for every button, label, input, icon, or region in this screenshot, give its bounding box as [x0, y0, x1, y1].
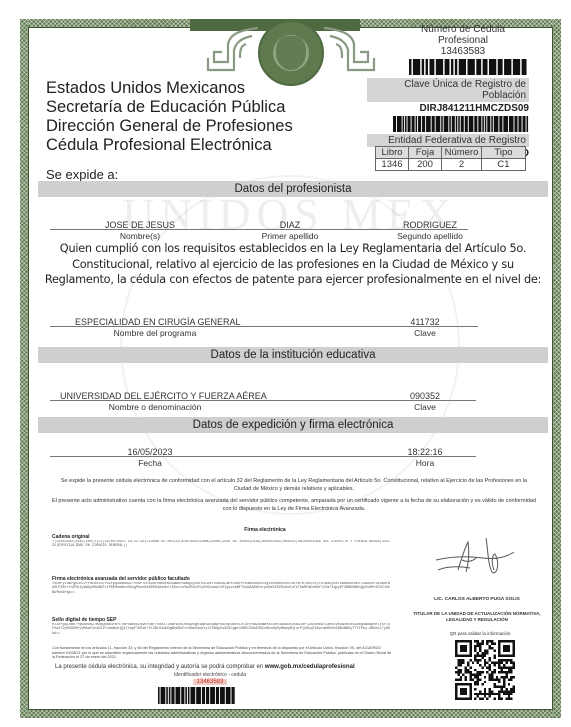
institution-line: Cédula Profesional Electrónica: [46, 136, 293, 155]
primer-apellido-label: Primer apellido: [230, 231, 350, 241]
signer-name: LIC. CARLOS ALBERTO PUGA SOLIS: [412, 597, 542, 602]
segundo-apellido-label: Segundo apellido: [370, 231, 490, 241]
institucion-field: UNIVERSIDAD DEL EJÉRCITO Y FUERZA AÉREA …: [60, 391, 250, 412]
segundo-apellido-value: RODRIGUEZ: [370, 220, 490, 230]
primer-apellido-field: DIAZ Primer apellido: [230, 220, 350, 241]
programa-clave-label: Clave: [395, 328, 455, 338]
section-profesionista: Datos del profesionista: [38, 181, 548, 197]
segundo-apellido-field: RODRIGUEZ Segundo apellido: [370, 220, 490, 241]
foja-value: 200: [409, 159, 442, 171]
numero-value: 2: [442, 159, 482, 171]
fundamento-text: Con fundamento en los artículos 11, frac…: [52, 646, 392, 660]
cedula-label: Número de Cédula Profesional: [367, 24, 529, 46]
fecha-field: 16/05/2023 Fecha: [110, 447, 190, 468]
hora-value: 18:22:16: [395, 447, 455, 457]
qr-label: QR para validar la información: [440, 631, 520, 636]
fecha-value: 16/05/2023: [110, 447, 190, 457]
registry-panel: Número de Cédula Profesional 13463583 Cl…: [367, 24, 529, 159]
identifier-barcode-icon: [158, 687, 235, 704]
libro-table: Libro Foja Número Tipo 1346 200 2 C1: [375, 146, 526, 171]
qr-code-icon[interactable]: [455, 640, 515, 700]
programa-clave-field: 411732 Clave: [395, 317, 455, 338]
tipo-value: C1: [482, 159, 526, 171]
programa-label: Nombre del programa: [75, 328, 235, 338]
curp-value: DIRJ841211HMCZDS09: [367, 103, 529, 114]
fecha-label: Fecha: [110, 458, 190, 468]
foja-header: Foja: [409, 147, 442, 159]
nombre-value: JOSE DE JESUS: [80, 220, 200, 230]
cedula-number: 13463583: [367, 46, 529, 57]
verify-sentence: La presente cédula electrónica, su integ…: [55, 664, 263, 670]
primer-apellido-value: DIAZ: [230, 220, 350, 230]
nombre-label: Nombre(s): [80, 231, 200, 241]
cedula-barcode-icon: [409, 59, 527, 75]
institucion-value: UNIVERSIDAD DEL EJÉRCITO Y FUERZA AÉREA: [60, 391, 250, 401]
nombre-field: JOSE DE JESUS Nombre(s): [80, 220, 200, 241]
programa-field: ESPECIALIDAD EN CIRUGÍA GENERAL Nombre d…: [75, 317, 235, 338]
institution-line: Dirección General de Profesiones: [46, 117, 293, 136]
hora-field: 18:22:16 Hora: [395, 447, 455, 468]
identifier-label: Identificador electrónico - cedula: [150, 672, 270, 678]
institucion-clave-field: 090352 Clave: [395, 391, 455, 412]
requirements-statement: Quien cumplió con los requisitos estable…: [38, 241, 548, 288]
cadena-original-value: ||13463583|1346|200|2|C1|16/05/2023 18:2…: [52, 540, 392, 550]
verify-text: La presente cédula electrónica, su integ…: [55, 664, 355, 670]
sello-value: MIIH+gqL0BKT+qGBHDbZ7HbBQbBb4fWYLYaPoaeD…: [52, 623, 392, 637]
se-expide-label: Se expide a:: [46, 167, 118, 182]
coat-of-arms-seal-icon: [258, 20, 324, 86]
verify-url-link[interactable]: www.gob.mx/cedulaprofesional: [265, 664, 355, 670]
institucion-label: Nombre o denominación: [60, 402, 250, 412]
libro-value: 1346: [376, 159, 409, 171]
curp-barcode-icon: [393, 116, 529, 132]
section-institucion: Datos de la institución educativa: [38, 347, 548, 363]
firma-electronica-label: Firma electrónica: [230, 527, 300, 533]
section-expedicion: Datos de expedición y firma electrónica: [38, 417, 548, 433]
identifier-value: 13463583: [193, 679, 227, 685]
institucion-clave-value: 090352: [395, 391, 455, 401]
legal-paragraph-2: El presente acto administrativo cuenta c…: [52, 497, 536, 513]
greca-ornament-icon: [200, 22, 260, 77]
hora-label: Hora: [395, 458, 455, 468]
programa-value: ESPECIALIDAD EN CIRUGÍA GENERAL: [75, 317, 235, 327]
signer-title: TITULAR DE LA UNIDAD DE ACTUALIZACIÓN NO…: [412, 611, 542, 623]
libro-table-header: Libro Foja Número Tipo: [376, 147, 526, 159]
institution-heading: Estados Unidos Mexicanos Secretaría de E…: [46, 79, 293, 155]
libro-header: Libro: [376, 147, 409, 159]
institution-line: Estados Unidos Mexicanos: [46, 79, 293, 98]
curp-label: Clave Única de Registro de Población: [367, 78, 529, 102]
firma-avanzada-value: YhcbPyIdBYghCDCvfrdZ0sJ5cfGvYpq3BdBBGi+x…: [52, 582, 392, 596]
libro-table-row: 1346 200 2 C1: [376, 159, 526, 171]
programa-clave-value: 411732: [395, 317, 455, 327]
legal-paragraph-1: Se expide la presente cédula electrónica…: [52, 477, 536, 493]
institucion-clave-label: Clave: [395, 402, 455, 412]
numero-header: Número: [442, 147, 482, 159]
institution-line: Secretaría de Educación Pública: [46, 98, 293, 117]
tipo-header: Tipo: [482, 147, 526, 159]
signature-icon: [428, 530, 518, 580]
